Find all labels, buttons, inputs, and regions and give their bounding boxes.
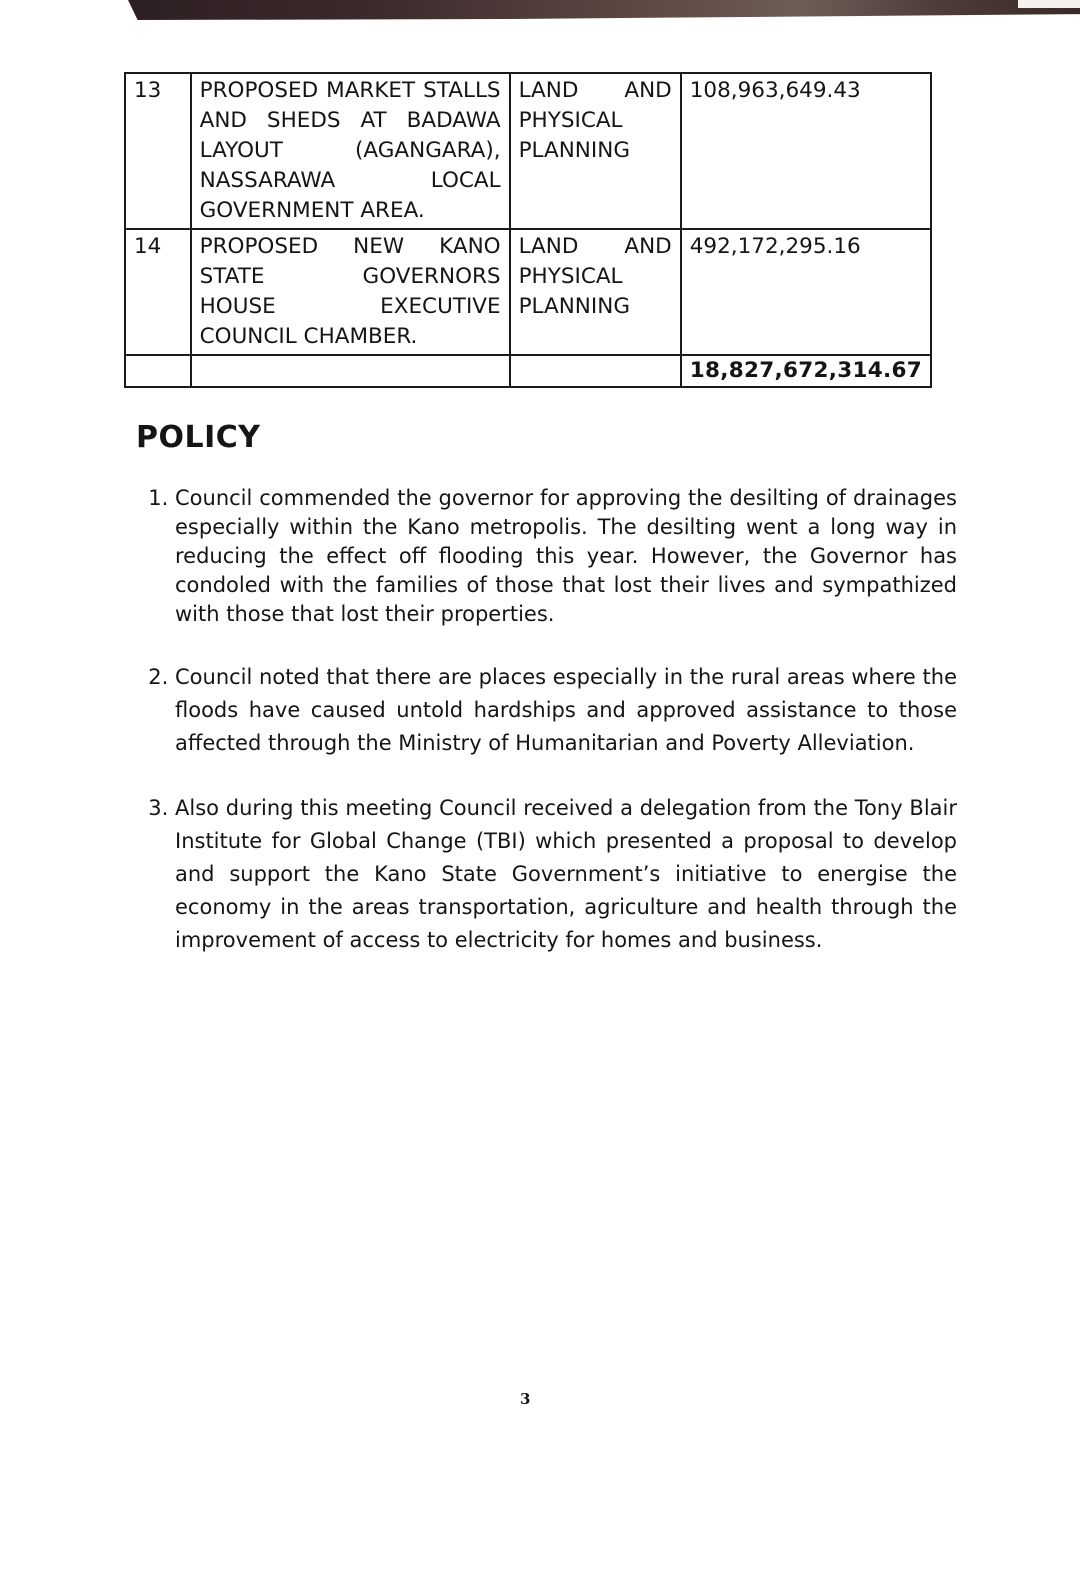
ministry-line: LAND AND [519, 232, 672, 262]
description-line: HOUSE EXECUTIVE [200, 292, 501, 322]
description-line: NASSARAWA LOCAL [200, 166, 501, 196]
ministry-line: PHYSICAL [519, 262, 672, 292]
photo-edge-paper-corner [1018, 0, 1080, 8]
ministry-line: PLANNING [519, 292, 672, 322]
table-row: 13 PROPOSED MARKET STALLS AND SHEDS AT B… [125, 73, 931, 229]
description-line: AND SHEDS AT BADAWA [200, 106, 501, 136]
project-amount: 492,172,295.16 [681, 229, 931, 355]
total-ministry-cell [510, 355, 681, 387]
photo-edge-background [128, 0, 1080, 20]
total-row: 18,827,672,314.67 [125, 355, 931, 387]
project-description: PROPOSED NEW KANO STATE GOVERNORS HOUSE … [191, 229, 510, 355]
policy-list: Council commended the governor for appro… [140, 484, 957, 989]
ministry-name: LAND AND PHYSICAL PLANNING [510, 73, 681, 229]
row-number: 14 [125, 229, 191, 355]
policy-item: Council noted that there are places espe… [175, 661, 957, 760]
table-row: 14 PROPOSED NEW KANO STATE GOVERNORS HOU… [125, 229, 931, 355]
project-amount: 108,963,649.43 [681, 73, 931, 229]
ministry-name: LAND AND PHYSICAL PLANNING [510, 229, 681, 355]
ministry-line: PHYSICAL [519, 106, 672, 136]
projects-table: 13 PROPOSED MARKET STALLS AND SHEDS AT B… [124, 72, 932, 388]
row-number: 13 [125, 73, 191, 229]
ministry-line: LAND AND [519, 76, 672, 106]
policy-item: Council commended the governor for appro… [175, 484, 957, 629]
policy-item: Also during this meeting Council receive… [175, 792, 957, 957]
policy-heading: POLICY [136, 420, 261, 455]
description-line: GOVERNMENT AREA. [200, 196, 501, 226]
description-line: PROPOSED MARKET STALLS [200, 76, 501, 106]
description-line: COUNCIL CHAMBER. [200, 322, 501, 352]
description-line: PROPOSED NEW KANO [200, 232, 501, 262]
total-amount: 18,827,672,314.67 [681, 355, 931, 387]
total-description-cell [191, 355, 510, 387]
description-line: STATE GOVERNORS [200, 262, 501, 292]
ministry-line: PLANNING [519, 136, 672, 166]
total-number-cell [125, 355, 191, 387]
project-description: PROPOSED MARKET STALLS AND SHEDS AT BADA… [191, 73, 510, 229]
page-number: 3 [520, 1390, 530, 1408]
description-line: LAYOUT (AGANGARA), [200, 136, 501, 166]
